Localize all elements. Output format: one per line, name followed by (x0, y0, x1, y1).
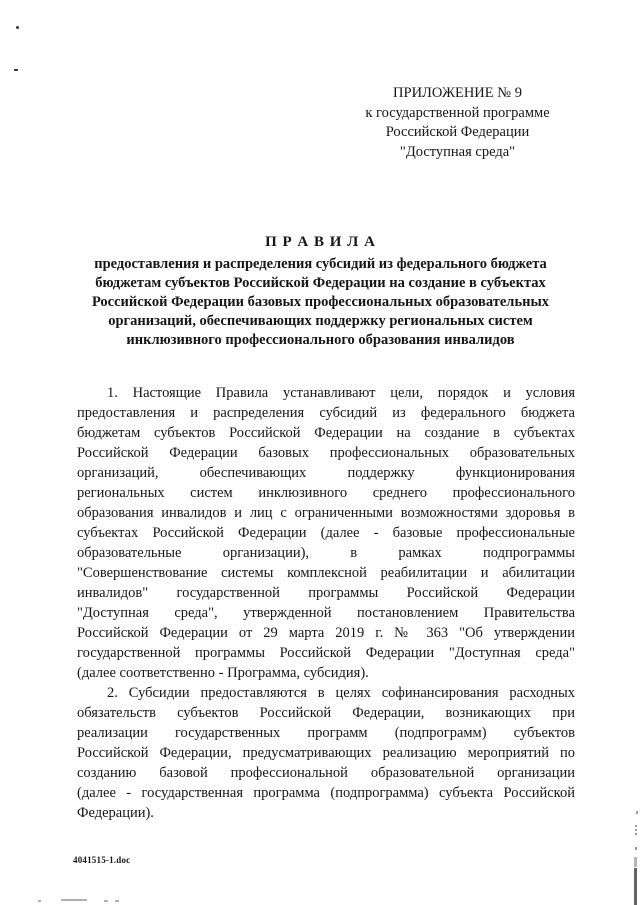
scan-artifact-right-dot (635, 833, 637, 835)
paragraph-2: 2. Субсидии предоставляются в целях софи… (77, 683, 575, 823)
body-text-line: 2. Субсидии предоставляются в целях софи… (77, 683, 575, 703)
rules-title-line: Российской Федерации базовых профессиона… (66, 293, 575, 312)
rules-title-block: П Р А В И Л А предоставления и распредел… (66, 233, 575, 350)
scan-artifact-bottom-dot (115, 900, 119, 902)
scan-artifact-right-line (634, 868, 637, 905)
rules-title-heading: П Р А В И Л А (66, 233, 575, 252)
body-text-line: (далее - государственная программа (подп… (77, 783, 575, 803)
body-text-line: обязательств субъектов Российской Федера… (77, 703, 575, 723)
scan-artifact-right-dot (635, 829, 637, 831)
body-text-line: Российской Федерации, предусматривающих … (77, 743, 575, 763)
rules-title-line: бюджетам субъектов Российской Федерации … (66, 274, 575, 293)
document-page: ПРИЛОЖЕНИЕ № 9 к государственной програм… (0, 0, 640, 905)
appendix-header-line: Российской Федерации (337, 123, 578, 143)
paragraph-1: 1. Настоящие Правила устанавливают цели,… (77, 383, 575, 683)
rules-title-line: инклюзивного профессионального образован… (66, 331, 575, 350)
document-body: 1. Настоящие Правила устанавливают цели,… (77, 383, 575, 823)
body-text-line: государственной программы Российской Фед… (77, 643, 575, 663)
body-text-line: бюджетам субъектов Российской Федерации … (77, 423, 575, 443)
body-text-line: организаций, обеспечивающих поддержку фу… (77, 463, 575, 483)
scan-artifact-bottom-dash (61, 899, 87, 901)
scan-artifact-bottom-dot (38, 900, 41, 902)
body-text-line: образовательные организации), в рамках п… (77, 543, 575, 563)
scan-artifact-right-speck (636, 811, 638, 814)
appendix-header-block: ПРИЛОЖЕНИЕ № 9 к государственной програм… (337, 84, 578, 162)
body-text-line: реализации государственных программ (под… (77, 723, 575, 743)
body-text-line: Федерации). (77, 803, 575, 823)
body-text-line: 1. Настоящие Правила устанавливают цели,… (77, 383, 575, 403)
appendix-header-line: к государственной программе (337, 104, 578, 124)
scan-artifact-top-dash (14, 69, 18, 71)
scan-artifact-right-dot (635, 825, 637, 827)
appendix-header-line: "Доступная среда" (337, 143, 578, 163)
body-text-line: образования инвалидов и лиц с ограниченн… (77, 503, 575, 523)
body-text-line: Российской Федерации базовых профессиона… (77, 443, 575, 463)
body-text-line: региональных систем инклюзивного среднег… (77, 483, 575, 503)
scan-artifact-bottom-dot (104, 900, 108, 902)
rules-title-line: организаций, обеспечивающих поддержку ре… (66, 312, 575, 331)
body-text-line: предоставления и распределения субсидий … (77, 403, 575, 423)
body-text-line: созданию базовой профессиональной образо… (77, 763, 575, 783)
scan-artifact-top-dot (16, 26, 19, 29)
body-text-line: Российской Федерации от 29 марта 2019 г.… (77, 623, 575, 643)
body-text-line: инвалидов" государственной программы Рос… (77, 583, 575, 603)
body-text-line: (далее соответственно - Программа, субси… (77, 663, 575, 683)
body-text-line: "Доступная среда", утвержденной постанов… (77, 603, 575, 623)
document-filename: 4041515-1.doc (73, 855, 130, 865)
body-text-line: субъектах Российской Федерации (далее - … (77, 523, 575, 543)
scan-artifact-right-bar (634, 857, 637, 867)
appendix-header-line: ПРИЛОЖЕНИЕ № 9 (337, 84, 578, 104)
rules-title-line: предоставления и распределения субсидий … (66, 255, 575, 274)
scan-artifact-right-speck (635, 847, 637, 850)
body-text-line: "Совершенствование системы комплексной р… (77, 563, 575, 583)
